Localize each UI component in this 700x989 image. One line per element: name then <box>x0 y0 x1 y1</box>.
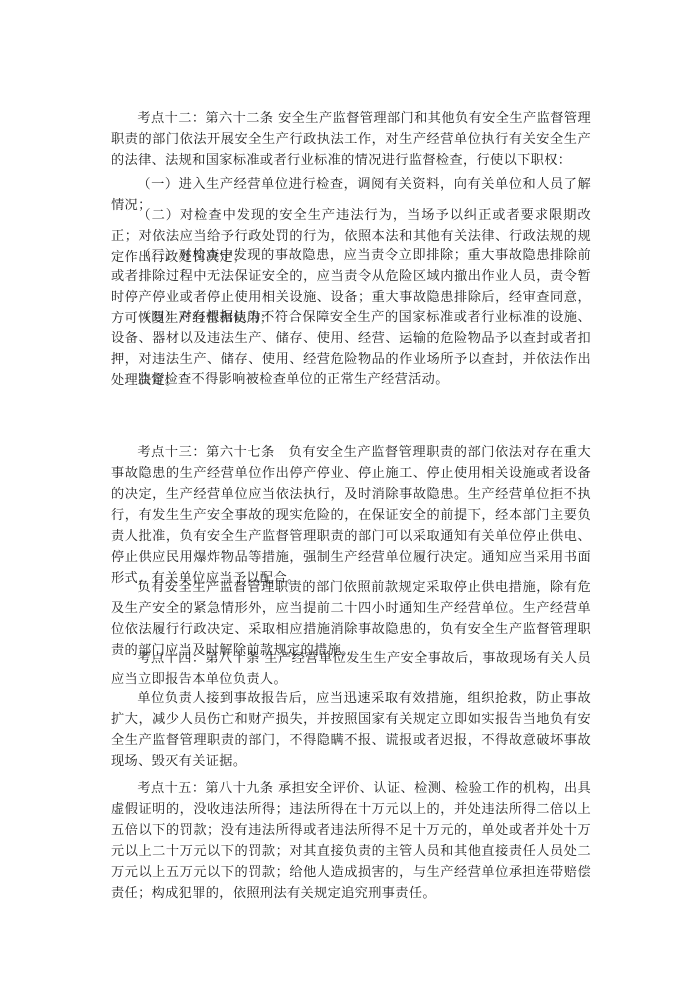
kaodian-14-article-80: 考点十四：第八十条 生产经营单位发生生产安全事故后，事故现场有关人员应当立即报告… <box>111 648 591 690</box>
kaodian-13-article-67: 考点十三：第六十七条 负有安全生产监督管理职责的部门依法对存在重大事故隐患的生产… <box>111 442 591 589</box>
kaodian-14-paragraph-2: 单位负责人接到事故报告后，应当迅速采取有效措施，组织抢救，防止事故扩大，减少人员… <box>111 688 591 772</box>
kaodian-12-closing: 监督检查不得影响被检查单位的正常生产经营活动。 <box>111 369 591 390</box>
kaodian-12-article-62: 考点十二：第六十二条 安全生产监督管理部门和其他负有安全生产监督管理职责的部门依… <box>111 108 591 171</box>
kaodian-15-article-89: 考点十五：第八十九条 承担安全评价、认证、检测、检验工作的机构，出具虚假证明的，… <box>111 778 591 904</box>
